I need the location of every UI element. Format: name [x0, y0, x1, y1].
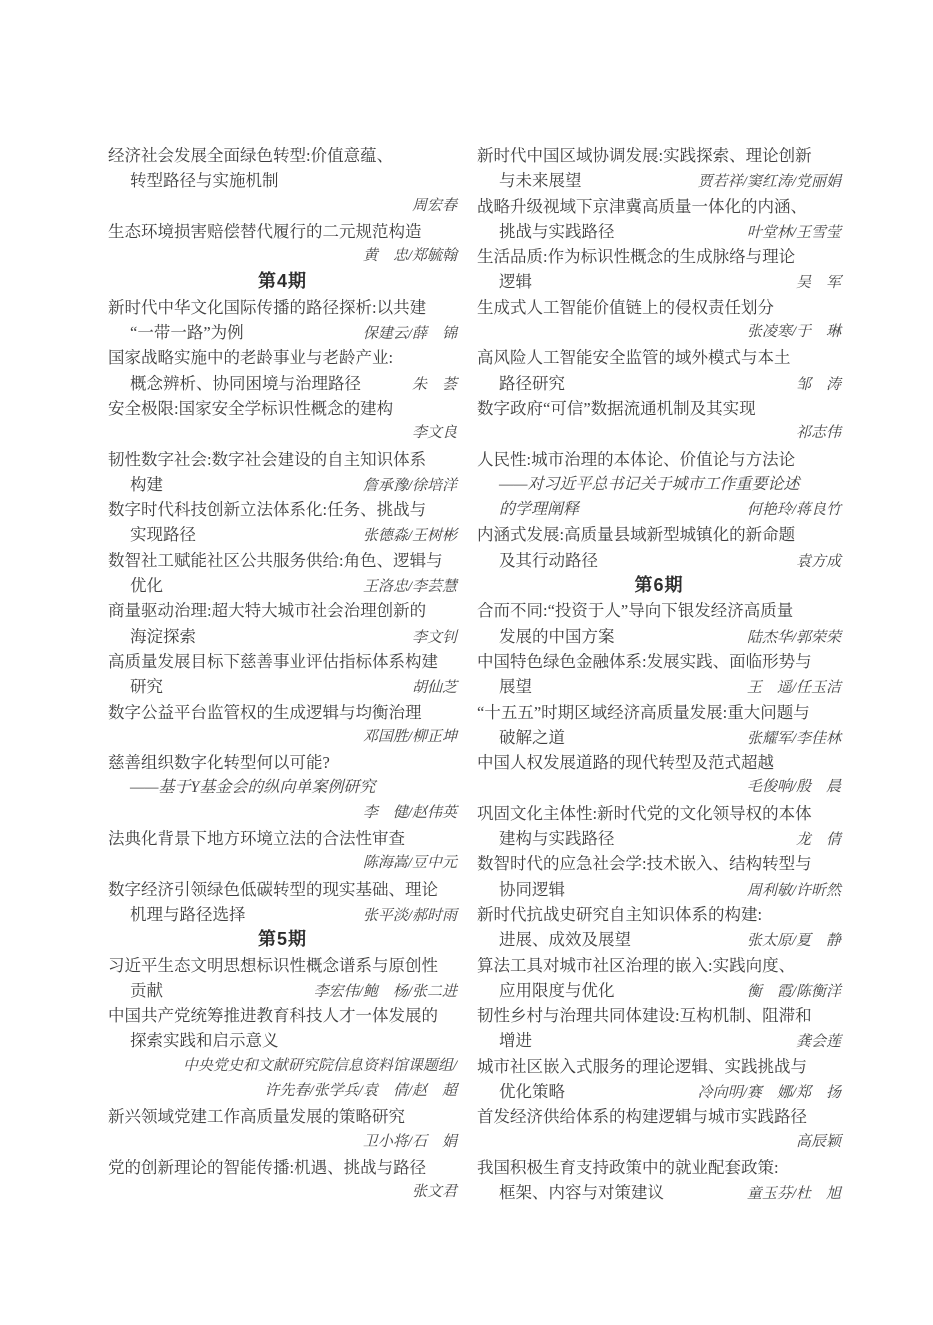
- article-title-continuation: 构建詹承豫/徐培洋: [108, 472, 457, 497]
- title-text: 数智社工赋能社区公共服务供给:角色、逻辑与: [108, 548, 443, 573]
- author-line: 邓国胜/柳正坤: [108, 725, 457, 750]
- author-names: 李文钊: [412, 626, 457, 651]
- author-names: 高辰颖: [796, 1130, 841, 1155]
- title-text: 路径研究: [477, 371, 565, 396]
- title-text: 生态环境损害赔偿替代履行的二元规范构造: [108, 219, 422, 244]
- title-text: 数字公益平台监管权的生成逻辑与均衡治理: [108, 700, 422, 725]
- title-text: 进展、成效及展望: [477, 927, 631, 952]
- author-names: 李 健/赵伟英: [363, 801, 457, 826]
- author-line: 黄 忠/郑毓翰: [108, 244, 457, 269]
- title-text: 机理与路径选择: [108, 902, 246, 927]
- article-title-line: 习近平生态文明思想标识性概念谱系与原创性: [108, 953, 457, 978]
- author-names: 李文良: [412, 421, 457, 446]
- article-title-line: 数字时代科技创新立法体系化:任务、挑战与: [108, 497, 457, 522]
- author-names: 詹承豫/徐培洋: [363, 474, 457, 499]
- author-names: 张耀军/李佳林: [747, 727, 841, 752]
- author-names: 张文君: [412, 1180, 457, 1205]
- article-title-line: 数字经济引领绿色低碳转型的现实基础、理论: [108, 877, 457, 902]
- title-text: 高风险人工智能安全监管的域外模式与本土: [477, 345, 791, 370]
- author-names: 张平淡/郝时雨: [363, 904, 457, 929]
- author-line: 中央党史和文献研究院信息资料馆课题组/: [108, 1054, 457, 1079]
- title-text: 优化: [108, 573, 163, 598]
- title-text: 数智时代的应急社会学:技术嵌入、结构转型与: [477, 851, 812, 876]
- author-names: 中央党史和文献研究院信息资料馆课题组/: [183, 1054, 457, 1079]
- issue-header-label: 第5期: [258, 927, 307, 952]
- article-title-continuation: 优化王洛忠/李芸慧: [108, 573, 457, 598]
- author-names: 冷向明/赛 娜/郑 扬: [698, 1081, 841, 1106]
- author-line: 陈海嵩/豆中元: [108, 851, 457, 876]
- title-text: 构建: [108, 472, 163, 497]
- article-title-line: 人民性:城市治理的本体论、价值论与方法论: [477, 447, 841, 472]
- title-text: 首发经济供给体系的构建逻辑与城市实践路径: [477, 1104, 807, 1129]
- title-text: 贡献: [108, 978, 163, 1003]
- author-names: 张太原/夏 静: [747, 929, 841, 954]
- article-title-line: 首发经济供给体系的构建逻辑与城市实践路径: [477, 1104, 841, 1129]
- title-text: 新时代中华文化国际传播的路径探析:以共建: [108, 295, 426, 320]
- article-title-line: 巩固文化主体性:新时代党的文化领导权的本体: [477, 801, 841, 826]
- title-text: 法典化背景下地方环境立法的合法性审查: [108, 826, 405, 851]
- article-title-line: 合而不同:“投资于人”导向下银发经济高质量: [477, 598, 841, 623]
- title-text: 框架、内容与对策建议: [477, 1180, 664, 1205]
- article-title-line: 经济社会发展全面绿色转型:价值意蕴、: [108, 143, 457, 168]
- author-names: 吴 军: [796, 271, 841, 296]
- article-title-continuation: 增进龚会莲: [477, 1028, 841, 1053]
- article-title-continuation: 海淀探索李文钊: [108, 624, 457, 649]
- article-title-line: 生态环境损害赔偿替代履行的二元规范构造: [108, 219, 457, 244]
- author-line: 许先春/张学兵/袁 倩/赵 超: [108, 1079, 457, 1104]
- title-text: 中国人权发展道路的现代转型及范式超越: [477, 750, 774, 775]
- title-text: 应用限度与优化: [477, 978, 615, 1003]
- article-title-line: 新时代中华文化国际传播的路径探析:以共建: [108, 295, 457, 320]
- article-title-continuation: 实现路径张德淼/王树彬: [108, 522, 457, 547]
- article-title-line: 新时代抗战史研究自主知识体系的构建:: [477, 902, 841, 927]
- article-title-continuation: 路径研究邹 涛: [477, 371, 841, 396]
- title-text: 实现路径: [108, 522, 196, 547]
- title-text: 习近平生态文明思想标识性概念谱系与原创性: [108, 953, 438, 978]
- author-names: 周利敏/许昕然: [747, 879, 841, 904]
- author-names: 胡仙芝: [412, 676, 457, 701]
- title-text: 展望: [477, 674, 532, 699]
- title-text: 挑战与实践路径: [477, 219, 615, 244]
- article-title-line: 韧性乡村与治理共同体建设:互构机制、阻滞和: [477, 1003, 841, 1028]
- issue-header: 第4期: [108, 269, 457, 294]
- title-text: 研究: [108, 674, 163, 699]
- title-text: 及其行动路径: [477, 548, 598, 573]
- title-text: 探索实践和启示意义: [108, 1028, 279, 1053]
- title-text: 中国共产党统筹推进教育科技人才一体发展的: [108, 1003, 438, 1028]
- article-title-continuation: 机理与路径选择张平淡/郝时雨: [108, 902, 457, 927]
- article-title-continuation: 应用限度与优化衡 霞/陈衡洋: [477, 978, 841, 1003]
- article-title-continuation: 发展的中国方案陆杰华/郭荣荣: [477, 624, 841, 649]
- author-line: 毛俊响/殷 晨: [477, 775, 841, 800]
- title-text: 慈善组织数字化转型何以可能?: [108, 750, 330, 775]
- article-title-line: 韧性数字社会:数字社会建设的自主知识体系: [108, 447, 457, 472]
- author-names: 保建云/薛 锦: [363, 322, 457, 347]
- title-text: 国家战略实施中的老龄事业与老龄产业:: [108, 345, 393, 370]
- author-names: 王洛忠/李芸慧: [363, 575, 457, 600]
- article-subtitle-line: ——基于Y基金会的纵向单案例研究: [108, 775, 457, 800]
- article-title-continuation: 进展、成效及展望张太原/夏 静: [477, 927, 841, 952]
- title-text: 中国特色绿色金融体系:发展实践、面临形势与: [477, 649, 812, 674]
- title-text: 新兴领域党建工作高质量发展的策略研究: [108, 1104, 405, 1129]
- article-title-line: 党的创新理论的智能传播:机遇、挑战与路径: [108, 1155, 457, 1180]
- article-subtitle-line: 的学理阐释何艳玲/蒋良竹: [477, 497, 841, 522]
- article-title-line: 新时代中国区域协调发展:实践探索、理论创新: [477, 143, 841, 168]
- article-title-continuation: 转型路径与实施机制: [108, 168, 457, 193]
- title-text: 经济社会发展全面绿色转型:价值意蕴、: [108, 143, 393, 168]
- article-title-line: 数字公益平台监管权的生成逻辑与均衡治理: [108, 700, 457, 725]
- author-names: 张凌寒/于 琳: [747, 320, 841, 345]
- author-line: 李 健/赵伟英: [108, 801, 457, 826]
- article-title-continuation: 建构与实践路径龙 倩: [477, 826, 841, 851]
- journal-toc-page: 经济社会发展全面绿色转型:价值意蕴、转型路径与实施机制周宏春生态环境损害赔偿替代…: [0, 0, 933, 1325]
- title-text: 巩固文化主体性:新时代党的文化领导权的本体: [477, 801, 812, 826]
- title-text: 韧性乡村与治理共同体建设:互构机制、阻滞和: [477, 1003, 812, 1028]
- title-text: 内涵式发展:高质量县域新型城镇化的新命题: [477, 522, 795, 547]
- article-title-continuation: 与未来展望贾若祥/窦红涛/党丽娟: [477, 168, 841, 193]
- article-title-continuation: 挑战与实践路径叶堂林/王雪莹: [477, 219, 841, 244]
- title-text: 与未来展望: [477, 168, 582, 193]
- title-text: 数字经济引领绿色低碳转型的现实基础、理论: [108, 877, 438, 902]
- title-text: 城市社区嵌入式服务的理论逻辑、实践挑战与: [477, 1054, 807, 1079]
- title-text: 党的创新理论的智能传播:机遇、挑战与路径: [108, 1155, 426, 1180]
- author-names: 龚会莲: [796, 1030, 841, 1055]
- article-title-line: “十五五”时期区域经济高质量发展:重大问题与: [477, 700, 841, 725]
- article-title-line: 城市社区嵌入式服务的理论逻辑、实践挑战与: [477, 1054, 841, 1079]
- title-text: 海淀探索: [108, 624, 196, 649]
- title-text: ——对习近平总书记关于城市工作重要论述: [477, 472, 799, 497]
- author-line: 周宏春: [108, 194, 457, 219]
- article-title-line: 商量驱动治理:超大特大城市社会治理创新的: [108, 598, 457, 623]
- article-title-line: 国家战略实施中的老龄事业与老龄产业:: [108, 345, 457, 370]
- article-title-continuation: 协同逻辑周利敏/许昕然: [477, 877, 841, 902]
- author-names: 邹 涛: [796, 373, 841, 398]
- article-title-line: 慈善组织数字化转型何以可能?: [108, 750, 457, 775]
- author-line: 高辰颖: [477, 1130, 841, 1155]
- article-title-line: 战略升级视域下京津冀高质量一体化的内涵、: [477, 194, 841, 219]
- article-title-continuation: 逻辑吴 军: [477, 269, 841, 294]
- title-text: 高质量发展目标下慈善事业评估指标体系构建: [108, 649, 438, 674]
- title-text: 韧性数字社会:数字社会建设的自主知识体系: [108, 447, 426, 472]
- title-text: 发展的中国方案: [477, 624, 615, 649]
- title-text: 生成式人工智能价值链上的侵权责任划分: [477, 295, 774, 320]
- title-text: 新时代中国区域协调发展:实践探索、理论创新: [477, 143, 812, 168]
- title-text: 协同逻辑: [477, 877, 565, 902]
- title-text: 的学理阐释: [477, 497, 579, 522]
- article-title-line: 中国特色绿色金融体系:发展实践、面临形势与: [477, 649, 841, 674]
- title-text: ——基于Y基金会的纵向单案例研究: [108, 775, 375, 800]
- issue-header: 第5期: [108, 927, 457, 952]
- title-text: 安全极限:国家安全学标识性概念的建构: [108, 396, 393, 421]
- article-title-line: 我国积极生育支持政策中的就业配套政策:: [477, 1155, 841, 1180]
- article-title-continuation: 探索实践和启示意义: [108, 1028, 457, 1053]
- author-line: 张文君: [108, 1180, 457, 1205]
- author-names: 童玉芬/杜 旭: [747, 1182, 841, 1207]
- author-names: 陆杰华/郭荣荣: [747, 626, 841, 651]
- issue-header-label: 第4期: [258, 269, 307, 294]
- title-text: 逻辑: [477, 269, 532, 294]
- article-title-line: 数字政府“可信”数据流通机制及其实现: [477, 396, 841, 421]
- title-text: 新时代抗战史研究自主知识体系的构建:: [477, 902, 762, 927]
- author-line: 祁志伟: [477, 421, 841, 446]
- author-names: 叶堂林/王雪莹: [747, 221, 841, 246]
- article-title-line: 中国共产党统筹推进教育科技人才一体发展的: [108, 1003, 457, 1028]
- article-title-continuation: 贡献李宏伟/鲍 杨/张二进: [108, 978, 457, 1003]
- article-title-continuation: 框架、内容与对策建议童玉芬/杜 旭: [477, 1180, 841, 1205]
- article-title-continuation: 研究胡仙芝: [108, 674, 457, 699]
- article-title-line: 内涵式发展:高质量县域新型城镇化的新命题: [477, 522, 841, 547]
- article-title-line: 算法工具对城市社区治理的嵌入:实践向度、: [477, 953, 841, 978]
- title-text: 战略升级视域下京津冀高质量一体化的内涵、: [477, 194, 807, 219]
- title-text: 人民性:城市治理的本体论、价值论与方法论: [477, 447, 795, 472]
- title-text: 破解之道: [477, 725, 565, 750]
- article-title-continuation: 及其行动路径袁方成: [477, 548, 841, 573]
- title-text: “十五五”时期区域经济高质量发展:重大问题与: [477, 700, 810, 725]
- article-title-continuation: 破解之道张耀军/李佳林: [477, 725, 841, 750]
- author-names: 陈海嵩/豆中元: [363, 851, 457, 876]
- author-names: 李宏伟/鲍 杨/张二进: [314, 980, 457, 1005]
- article-title-line: 高风险人工智能安全监管的域外模式与本土: [477, 345, 841, 370]
- author-names: 张德淼/王树彬: [363, 524, 457, 549]
- title-text: 转型路径与实施机制: [108, 168, 279, 193]
- author-names: 龙 倩: [796, 828, 841, 853]
- article-title-line: 法典化背景下地方环境立法的合法性审查: [108, 826, 457, 851]
- article-title-continuation: “一带一路”为例保建云/薛 锦: [108, 320, 457, 345]
- title-text: 商量驱动治理:超大特大城市社会治理创新的: [108, 598, 426, 623]
- title-text: 我国积极生育支持政策中的就业配套政策:: [477, 1155, 779, 1180]
- article-subtitle-line: ——对习近平总书记关于城市工作重要论述: [477, 472, 841, 497]
- author-names: 袁方成: [796, 550, 841, 575]
- title-text: 算法工具对城市社区治理的嵌入:实践向度、: [477, 953, 795, 978]
- title-text: 优化策略: [477, 1079, 565, 1104]
- title-text: 建构与实践路径: [477, 826, 615, 851]
- author-line: 张凌寒/于 琳: [477, 320, 841, 345]
- author-names: 朱 荟: [412, 373, 457, 398]
- author-names: 毛俊响/殷 晨: [747, 775, 841, 800]
- author-names: 周宏春: [412, 194, 457, 219]
- toc-column-left: 经济社会发展全面绿色转型:价值意蕴、转型路径与实施机制周宏春生态环境损害赔偿替代…: [108, 143, 457, 1205]
- author-names: 许先春/张学兵/袁 倩/赵 超: [264, 1079, 457, 1104]
- title-text: 概念辨析、协同困境与治理路径: [108, 371, 361, 396]
- title-text: 增进: [477, 1028, 532, 1053]
- title-text: “一带一路”为例: [108, 320, 244, 345]
- title-text: 生活品质:作为标识性概念的生成脉络与理论: [477, 244, 795, 269]
- article-title-line: 生成式人工智能价值链上的侵权责任划分: [477, 295, 841, 320]
- author-names: 何艳玲/蒋良竹: [747, 498, 841, 523]
- article-title-line: 新兴领域党建工作高质量发展的策略研究: [108, 1104, 457, 1129]
- title-text: 合而不同:“投资于人”导向下银发经济高质量: [477, 598, 793, 623]
- author-names: 王 遥/任玉洁: [747, 676, 841, 701]
- author-names: 贾若祥/窦红涛/党丽娟: [698, 170, 841, 195]
- author-names: 邓国胜/柳正坤: [363, 725, 457, 750]
- article-title-line: 数智社工赋能社区公共服务供给:角色、逻辑与: [108, 548, 457, 573]
- article-title-line: 数智时代的应急社会学:技术嵌入、结构转型与: [477, 851, 841, 876]
- article-title-line: 中国人权发展道路的现代转型及范式超越: [477, 750, 841, 775]
- article-title-line: 安全极限:国家安全学标识性概念的建构: [108, 396, 457, 421]
- article-title-continuation: 优化策略冷向明/赛 娜/郑 扬: [477, 1079, 841, 1104]
- author-line: 李文良: [108, 421, 457, 446]
- title-text: 数字时代科技创新立法体系化:任务、挑战与: [108, 497, 426, 522]
- author-names: 卫小将/石 娟: [363, 1130, 457, 1155]
- issue-header: 第6期: [477, 573, 841, 598]
- author-names: 黄 忠/郑毓翰: [363, 244, 457, 269]
- author-names: 祁志伟: [796, 421, 841, 446]
- toc-column-right: 新时代中国区域协调发展:实践探索、理论创新与未来展望贾若祥/窦红涛/党丽娟战略升…: [477, 143, 841, 1205]
- article-title-continuation: 展望王 遥/任玉洁: [477, 674, 841, 699]
- author-line: 卫小将/石 娟: [108, 1130, 457, 1155]
- issue-header-label: 第6期: [634, 573, 683, 598]
- title-text: 数字政府“可信”数据流通机制及其实现: [477, 396, 756, 421]
- article-title-continuation: 概念辨析、协同困境与治理路径朱 荟: [108, 371, 457, 396]
- article-title-line: 高质量发展目标下慈善事业评估指标体系构建: [108, 649, 457, 674]
- author-names: 衡 霞/陈衡洋: [747, 980, 841, 1005]
- article-title-line: 生活品质:作为标识性概念的生成脉络与理论: [477, 244, 841, 269]
